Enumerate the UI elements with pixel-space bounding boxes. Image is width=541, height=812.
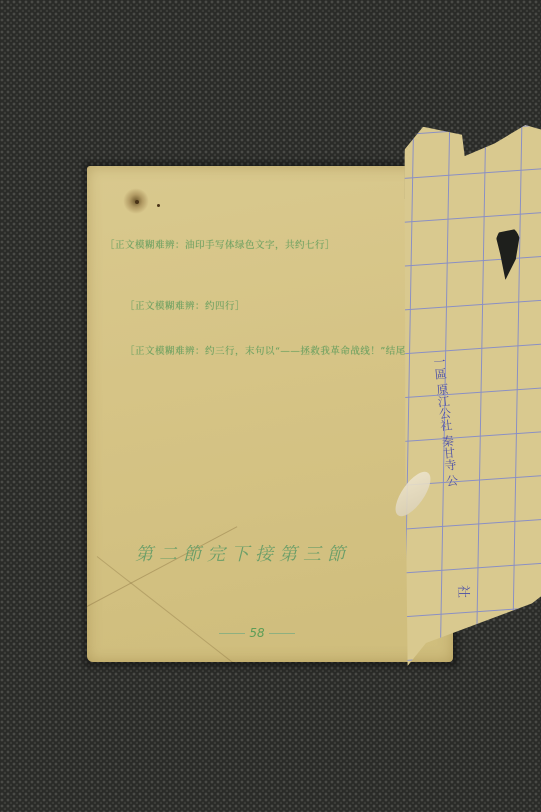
handwritten-closing-line: 第二節完下接第三節	[135, 540, 351, 566]
page-number: 58	[207, 626, 307, 640]
body-text: ［正文模糊难辨：油印手写体绿色文字，共约七行］ ［正文模糊难辨：约四行］ ［正文…	[105, 238, 415, 359]
paragraph-3: ［正文模糊难辨：约三行，末句以“——拯救我革命战线！”结尾］	[105, 344, 415, 359]
booklet-page: ［正文模糊难辨：油印手写体绿色文字，共约七行］ ［正文模糊难辨：约四行］ ［正文…	[87, 166, 453, 662]
crease-line	[97, 556, 271, 662]
ink-spot	[157, 204, 160, 207]
ink-spot	[135, 200, 139, 204]
paragraph-1: ［正文模糊难辨：油印手写体绿色文字，共约七行］	[105, 238, 415, 253]
paragraph-2: ［正文模糊难辨：约四行］	[105, 299, 415, 314]
grid-annotation-bottom: 社	[455, 585, 474, 598]
